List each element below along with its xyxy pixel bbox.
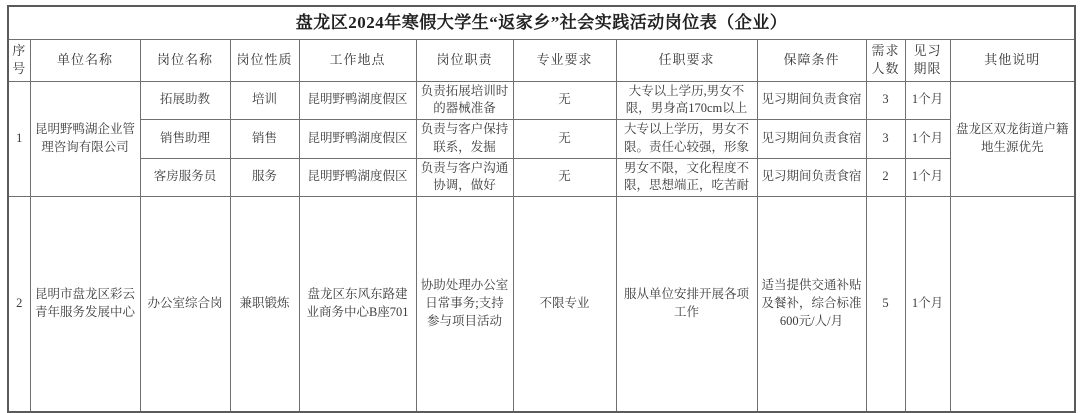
cell-period: 1个月 xyxy=(905,120,950,159)
cell-count: 3 xyxy=(866,120,905,159)
cell-location: 昆明野鸭湖度假区 xyxy=(299,81,416,120)
table-row: 1 昆明野鸭湖企业管理咨询有限公司 拓展助教 培训 昆明野鸭湖度假区 负责拓展培… xyxy=(8,81,1075,120)
col-header-count: 需求人数 xyxy=(866,39,905,81)
cell-duty: 负责与客户沟通协调，做好 xyxy=(416,158,513,197)
cell-major: 无 xyxy=(513,81,616,120)
cell-guarantee: 见习期间负责食宿 xyxy=(757,158,866,197)
cell-nature: 培训 xyxy=(230,81,299,120)
cell-other: 盘龙区双龙街道户籍地生源优先 xyxy=(950,81,1075,197)
cell-duty: 负责与客户保持联系，发掘 xyxy=(416,120,513,159)
cell-index: 1 xyxy=(8,81,30,197)
cell-post: 销售助理 xyxy=(140,120,230,159)
col-header-location: 工作地点 xyxy=(299,39,416,81)
cell-guarantee: 见习期间负责食宿 xyxy=(757,120,866,159)
cell-post: 办公室综合岗 xyxy=(140,197,230,412)
cell-guarantee: 见习期间负责食宿 xyxy=(757,81,866,120)
cell-count: 2 xyxy=(866,158,905,197)
cell-other xyxy=(950,197,1075,412)
table-row: 销售助理 销售 昆明野鸭湖度假区 负责与客户保持联系，发掘 无 大专以上学历，男… xyxy=(8,120,1075,159)
col-header-guarantee: 保障条件 xyxy=(757,39,866,81)
cell-requirement: 男女不限，文化程度不限，思想端正，吃苦耐 xyxy=(616,158,757,197)
cell-major: 无 xyxy=(513,158,616,197)
cell-location: 昆明野鸭湖度假区 xyxy=(299,120,416,159)
cell-nature: 销售 xyxy=(230,120,299,159)
cell-duty: 协助处理办公室日常事务;支持参与项目活动 xyxy=(416,197,513,412)
cell-post: 拓展助教 xyxy=(140,81,230,120)
col-header-period: 见习期限 xyxy=(905,39,950,81)
cell-requirement: 大专以上学历,男女不限，男身高170cm以上 xyxy=(616,81,757,120)
cell-location: 昆明野鸭湖度假区 xyxy=(299,158,416,197)
cell-nature: 兼职锻炼 xyxy=(230,197,299,412)
cell-count: 3 xyxy=(866,81,905,120)
table-row: 2 昆明市盘龙区彩云青年服务发展中心 办公室综合岗 兼职锻炼 盘龙区东风东路建业… xyxy=(8,197,1075,412)
col-header-index: 序号 xyxy=(8,39,30,81)
table-title: 盘龙区2024年寒假大学生“返家乡”社会实践活动岗位表（企业） xyxy=(8,6,1075,39)
cell-requirement: 大专以上学历，男女不限。责任心较强，形象 xyxy=(616,120,757,159)
cell-nature: 服务 xyxy=(230,158,299,197)
col-header-duty: 岗位职责 xyxy=(416,39,513,81)
cell-count: 5 xyxy=(866,197,905,412)
col-header-nature: 岗位性质 xyxy=(230,39,299,81)
col-header-post: 岗位名称 xyxy=(140,39,230,81)
cell-requirement: 服从单位安排开展各项工作 xyxy=(616,197,757,412)
col-header-requirement: 任职要求 xyxy=(616,39,757,81)
cell-index: 2 xyxy=(8,197,30,412)
cell-location: 盘龙区东风东路建业商务中心B座701 xyxy=(299,197,416,412)
col-header-other: 其他说明 xyxy=(950,39,1075,81)
cell-post: 客房服务员 xyxy=(140,158,230,197)
cell-period: 1个月 xyxy=(905,197,950,412)
cell-major: 不限专业 xyxy=(513,197,616,412)
col-header-major: 专业要求 xyxy=(513,39,616,81)
jobs-table: 盘龙区2024年寒假大学生“返家乡”社会实践活动岗位表（企业） 序号 单位名称 … xyxy=(7,5,1076,413)
table-row: 客房服务员 服务 昆明野鸭湖度假区 负责与客户沟通协调，做好 无 男女不限，文化… xyxy=(8,158,1075,197)
page: 盘龙区2024年寒假大学生“返家乡”社会实践活动岗位表（企业） 序号 单位名称 … xyxy=(0,0,1080,413)
cell-company: 昆明市盘龙区彩云青年服务发展中心 xyxy=(30,197,140,412)
col-header-company: 单位名称 xyxy=(30,39,140,81)
cell-major: 无 xyxy=(513,120,616,159)
cell-guarantee: 适当提供交通补贴及餐补，综合标准600元/人/月 xyxy=(757,197,866,412)
cell-period: 1个月 xyxy=(905,158,950,197)
cell-duty: 负责拓展培训时的器械准备 xyxy=(416,81,513,120)
cell-period: 1个月 xyxy=(905,81,950,120)
cell-company: 昆明野鸭湖企业管理咨询有限公司 xyxy=(30,81,140,197)
